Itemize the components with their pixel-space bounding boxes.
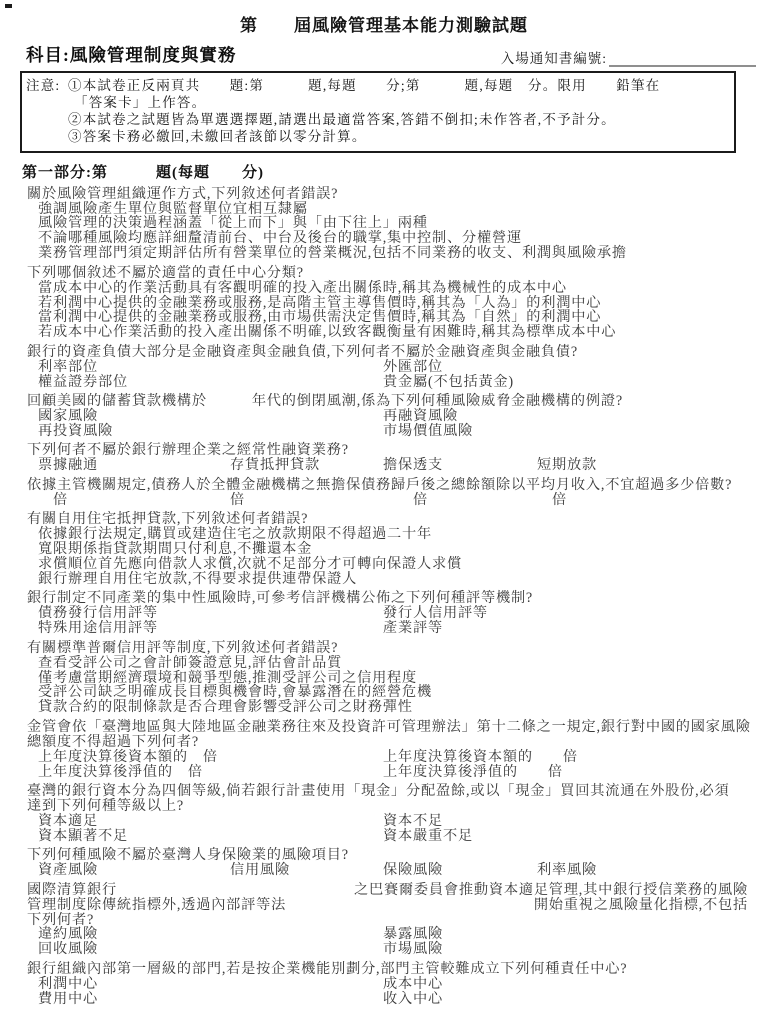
- question: 國際清算銀行之巴賽爾委員會推動資本適足管理,其中銀行授信業務的風險管理制度除傳統…: [0, 883, 768, 958]
- question-stem-line: 下列哪個敘述不屬於適當的責任中心分類?: [0, 266, 768, 281]
- question-stem-line: 有關標準普爾信用評等制度,下列敘述何者錯誤?: [0, 641, 768, 656]
- question: 銀行制定不同產業的集中性風險時,可參考信評機構公佈之下列何種評等機制?債務發行信…: [0, 591, 768, 636]
- question: 下列何者不屬於銀行辦理企業之經常性融資業務?票據融通存貨抵押貸款擔保透支短期放款: [0, 443, 768, 473]
- notice-spacer: [26, 128, 68, 145]
- option: 回收風險: [38, 942, 383, 957]
- option: 債務發行信用評等: [38, 606, 383, 621]
- option-group: 債務發行信用評等發行人信用評等特殊用途信用評等產業評等: [38, 606, 748, 636]
- option: 票據融通: [38, 458, 230, 473]
- option-group: 國家風險再融資風險再投資風險市場價值風險: [38, 409, 748, 439]
- part-header: 第一部分:第 題(每題 分): [22, 161, 768, 182]
- option: 資本嚴重不足: [383, 829, 748, 844]
- option: 上年度決算後淨值的 倍: [38, 765, 383, 780]
- question-stem-line: 銀行的資產負債大部分是金融資產與金融負債,下列何者不屬於金融資產與金融負債?: [0, 345, 768, 360]
- notice-row: 「答案卡」上作答。: [26, 94, 732, 111]
- option: 若成本中心作業活動的投入產出關係不明確,以致客觀衡量有困難時,稱其為標準成本中心: [0, 325, 768, 340]
- notice-line: 「答案卡」上作答。: [68, 94, 732, 111]
- option: 業務管理部門須定期評估所有營業單位的營業概況,包括不同業務的收支、利潤與風險承擔: [0, 246, 768, 261]
- question: 回顧美國的儲蓄貸款機構於 年代的倒閉風潮,係為下列何種風險威脅金融機構的例證?國…: [0, 394, 768, 439]
- question: 依據主管機關規定,債務人於全體金融機構之無擔保債務歸戶後之總餘額除以平均月收入,…: [0, 478, 768, 508]
- question: 關於風險管理組織運作方式,下列敘述何者錯誤?強調風險產生單位與監督單位宜相互隸屬…: [0, 187, 768, 262]
- option: 不論哪種風險均應詳細釐清前台、中台及後台的職掌,集中控制、分權營運: [0, 231, 768, 246]
- option: 信用風險: [230, 863, 383, 878]
- notice-line: ②本試卷之試題皆為單選選擇題,請選出最適當答案,答錯不倒扣;未作答者,不予計分。: [68, 111, 732, 128]
- option: 成本中心: [383, 977, 748, 992]
- option: 收入中心: [383, 992, 748, 1007]
- stem-segment-right: 之巴賽爾委員會推動資本適足管理,其中銀行授信業務的風險: [354, 883, 748, 898]
- option: 求償順位首先應向借款人求償,次就不足部分才可轉向保證人求償: [0, 557, 768, 572]
- option-group: 資產風險信用風險保險風險利率風險: [38, 863, 748, 878]
- exam-page: 第 屆風險管理基本能力測驗試題 科目:風險管理制度與實務 入場通知書編號: 注意…: [0, 0, 768, 1007]
- option: 貸款合約的限制條款是否合理會影響受評公司之財務彈性: [0, 700, 768, 715]
- option: 發行人信用評等: [383, 606, 748, 621]
- question-stem-line: 金管會依「臺灣地區與大陸地區金融業務往來及投資許可管理辦法」第十二條之一規定,銀…: [0, 720, 768, 735]
- option: 權益證券部位: [38, 375, 383, 390]
- notice-row: ②本試卷之試題皆為單選選擇題,請選出最適當答案,答錯不倒扣;未作答者,不予計分。: [26, 111, 732, 128]
- page-title: 第 屆風險管理基本能力測驗試題: [0, 0, 768, 36]
- option: 短期放款: [537, 458, 748, 473]
- option: 暴露風險: [383, 927, 748, 942]
- question-stem-line: 銀行組織內部第一層級的部門,若是按企業機能別劃分,部門主管較難成立下列何種責任中…: [0, 962, 768, 977]
- option: 銀行辦理自用住宅放款,不得要求提供連帶保證人: [0, 572, 768, 587]
- option: 擔保透支: [383, 458, 537, 473]
- question: 銀行組織內部第一層級的部門,若是按企業機能別劃分,部門主管較難成立下列何種責任中…: [0, 962, 768, 1007]
- option-group: 上年度決算後資本額的 倍上年度決算後資本額的 倍上年度決算後淨值的 倍上年度決算…: [38, 750, 748, 780]
- option: 倍: [38, 493, 230, 508]
- option: 寬限期係指貸款期間只付利息,不攤還本金: [0, 542, 768, 557]
- stem-segment-left: 管理制度除傳統指標外,透過內部評等法: [27, 898, 286, 913]
- option: 市場價值風險: [383, 424, 748, 439]
- option: 再融資風險: [383, 409, 748, 424]
- option: 利率風險: [537, 863, 748, 878]
- question-list: 關於風險管理組織運作方式,下列敘述何者錯誤?強調風險產生單位與監督單位宜相互隸屬…: [0, 187, 768, 1007]
- question-stem-line: 回顧美國的儲蓄貸款機構於 年代的倒閉風潮,係為下列何種風險威脅金融機構的例證?: [0, 394, 768, 409]
- option: 資產風險: [38, 863, 230, 878]
- option-group: 資本適足資本不足資本顯著不足資本嚴重不足: [38, 814, 748, 844]
- question-stem-line: 下列何者?: [0, 913, 768, 928]
- option: 利潤中心: [38, 977, 383, 992]
- option: 上年度決算後淨值的 倍: [383, 765, 748, 780]
- option-group: 利率部位外匯部位權益證券部位貴金屬(不包括黃金): [38, 360, 748, 390]
- question: 有關標準普爾信用評等制度,下列敘述何者錯誤?查看受評公司之會計師簽證意見,評估會…: [0, 641, 768, 716]
- question-stem-line: 有關自用住宅抵押貸款,下列敘述何者錯誤?: [0, 512, 768, 527]
- question: 下列何種風險不屬於臺灣人身保險業的風險項目?資產風險信用風險保險風險利率風險: [0, 848, 768, 878]
- option-group: 利潤中心成本中心費用中心收入中心: [38, 977, 748, 1007]
- subject-label: 科目:風險管理制度與實務: [26, 42, 236, 67]
- option: 再投資風險: [38, 424, 383, 439]
- question-stem-line: 依據主管機關規定,債務人於全體金融機構之無擔保債務歸戶後之總餘額除以平均月收入,…: [0, 478, 768, 493]
- stem-segment-left: 國際清算銀行: [27, 883, 117, 898]
- option-group: 票據融通存貨抵押貸款擔保透支短期放款: [38, 458, 748, 473]
- option: 國家風險: [38, 409, 383, 424]
- notice-spacer: [26, 94, 68, 111]
- question-stem-line: 國際清算銀行之巴賽爾委員會推動資本適足管理,其中銀行授信業務的風險: [0, 883, 768, 898]
- question: 金管會依「臺灣地區與大陸地區金融業務往來及投資許可管理辦法」第十二條之一規定,銀…: [0, 720, 768, 780]
- option: 依據銀行法規定,購買或建造住宅之放款期限不得超過二十年: [0, 527, 768, 542]
- question-stem-line: 管理制度除傳統指標外,透過內部評等法開始重視之風險量化指標,不包括: [0, 898, 768, 913]
- notice-row: ③答案卡務必繳回,未繳回者該節以零分計算。: [26, 128, 732, 145]
- question-stem-line: 下列何種風險不屬於臺灣人身保險業的風險項目?: [0, 848, 768, 863]
- option: 倍: [383, 493, 537, 508]
- option: 存貨抵押貸款: [230, 458, 383, 473]
- notice-line: ③答案卡務必繳回,未繳回者該節以零分計算。: [68, 128, 732, 145]
- option: 資本不足: [383, 814, 748, 829]
- option: 貴金屬(不包括黃金): [383, 375, 748, 390]
- option: 上年度決算後資本額的 倍: [383, 750, 748, 765]
- question-stem-line: 關於風險管理組織運作方式,下列敘述何者錯誤?: [0, 187, 768, 202]
- admission-blank-line: [609, 61, 756, 67]
- option-group: 倍倍 倍 倍: [38, 493, 748, 508]
- notice-box: 注意: ①本試卷正反兩頁共 題:第 題,每題 分;第 題,每題 分。限用 鉛筆在…: [20, 71, 736, 153]
- stem-segment-right: 開始重視之風險量化指標,不包括: [534, 898, 748, 913]
- notice-row: 注意: ①本試卷正反兩頁共 題:第 題,每題 分;第 題,每題 分。限用 鉛筆在: [26, 77, 732, 94]
- subject-row: 科目:風險管理制度與實務 入場通知書編號:: [26, 42, 756, 67]
- option: 保險風險: [383, 863, 537, 878]
- option: 倍: [230, 493, 383, 508]
- option: 費用中心: [38, 992, 383, 1007]
- question: 有關自用住宅抵押貸款,下列敘述何者錯誤?依據銀行法規定,購買或建造住宅之放款期限…: [0, 512, 768, 587]
- option: 外匯部位: [383, 360, 748, 375]
- option: 利率部位: [38, 360, 383, 375]
- notice-label: 注意:: [26, 77, 68, 94]
- question-stem-line: 總額度不得超過下列何者?: [0, 735, 768, 750]
- option: 產業評等: [383, 621, 748, 636]
- option-group: 違約風險暴露風險回收風險市場風險: [38, 927, 748, 957]
- option: 當成本中心的作業活動具有客觀明確的投入產出關係時,稱其為機械性的成本中心: [0, 281, 768, 296]
- admission-number: 入場通知書編號:: [501, 47, 756, 67]
- scan-artifact-mark: [5, 4, 12, 8]
- option: 市場風險: [383, 942, 748, 957]
- question-stem-line: 臺灣的銀行資本分為四個等級,倘若銀行計畫使用「現金」分配盈餘,或以「現金」買回其…: [0, 784, 768, 799]
- notice-line: ①本試卷正反兩頁共 題:第 題,每題 分;第 題,每題 分。限用 鉛筆在: [68, 77, 732, 94]
- question: 銀行的資產負債大部分是金融資產與金融負債,下列何者不屬於金融資產與金融負債?利率…: [0, 345, 768, 390]
- question-stem-line: 達到下列何種等級以上?: [0, 799, 768, 814]
- question: 臺灣的銀行資本分為四個等級,倘若銀行計畫使用「現金」分配盈餘,或以「現金」買回其…: [0, 784, 768, 844]
- option: 倍: [537, 493, 748, 508]
- notice-spacer: [26, 111, 68, 128]
- option: 資本適足: [38, 814, 383, 829]
- option: 查看受評公司之會計師簽證意見,評估會計品質: [0, 656, 768, 671]
- option: 特殊用途信用評等: [38, 621, 383, 636]
- admission-label: 入場通知書編號:: [501, 47, 607, 67]
- question: 下列哪個敘述不屬於適當的責任中心分類?當成本中心的作業活動具有客觀明確的投入產出…: [0, 266, 768, 341]
- option: 上年度決算後資本額的 倍: [38, 750, 383, 765]
- option: 資本顯著不足: [38, 829, 383, 844]
